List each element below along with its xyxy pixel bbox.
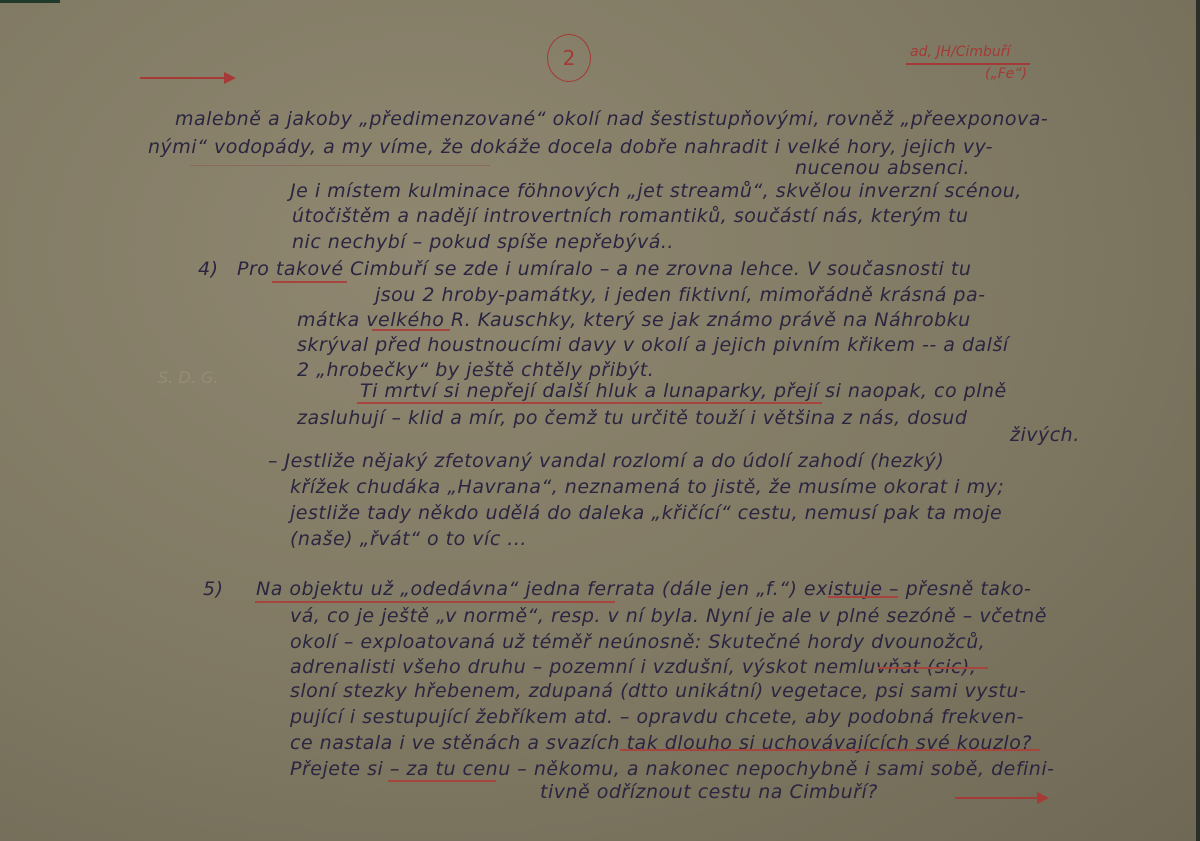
- page-edge-top: [0, 0, 60, 3]
- section-4-line: jsou 2 hroby-památky, i jeden fiktivní, …: [375, 284, 985, 306]
- summit-line: útočištěm a nadějí introvertních romanti…: [292, 205, 969, 227]
- underline-na-objektu: [255, 601, 615, 603]
- section-5-line: sloní stezky hřebenem, zdupaná (dtto uni…: [290, 680, 1026, 702]
- dash-line: – Jestliže nějaký zfetovaný vandal rozlo…: [268, 450, 944, 472]
- underline-ti-mrtvi: [357, 402, 822, 404]
- underline-velkeho: [372, 329, 450, 331]
- page-number-badge: 2: [547, 34, 591, 82]
- underline-nemluvnat: [878, 667, 988, 669]
- section-5-line: Na objektu už „odedávna“ jedna ferrata (…: [256, 578, 1031, 600]
- intro-underline: [190, 165, 490, 166]
- pencil-note: S. D. G.: [158, 368, 218, 387]
- intro-line: nými“ vodopády, a my víme, že dokáže doc…: [148, 136, 993, 158]
- reference-underline: [906, 63, 1030, 65]
- section-5-line: okolí – exploatovaná už téměř neúnosně: …: [290, 631, 985, 653]
- section-4-line: živých.: [1010, 424, 1080, 446]
- intro-line: nucenou absenci.: [795, 157, 970, 179]
- underline-za-tu-cenu: [388, 780, 496, 782]
- continuation-arrow-icon: [140, 77, 234, 79]
- section-5-line: pující i sestupující žebříkem atd. – opr…: [290, 706, 1024, 728]
- section-4-line: Pro takové Cimbuří se zde i umíralo – a …: [237, 258, 971, 280]
- dash-line: (naše) „řvát“ o to víc ...: [290, 528, 527, 550]
- section-5-line: tivně odříznout cestu na Cimbuří?: [540, 781, 878, 803]
- pencil-note-underline: [153, 392, 233, 393]
- underline-takove: [272, 281, 347, 283]
- section-5-line: adrenalisti všeho druhu – pozemní i vzdu…: [290, 656, 976, 678]
- handwritten-page: 2 ad, JH/Cimbuří („Fe“) malebně a jakoby…: [0, 0, 1200, 841]
- section-5-line: Přejete si – za tu cenu – někomu, a nako…: [290, 758, 1054, 780]
- dash-line: jestliže tady někdo udělá do daleka „kři…: [290, 502, 1002, 524]
- section-4-line: mátka velkého R. Kauschky, který se jak …: [297, 309, 971, 331]
- summit-line: Je i místem kulminace föhnových „jet str…: [290, 180, 1022, 202]
- section-4-line: skrýval před houstnoucími davy v okolí a…: [297, 334, 1009, 356]
- dash-line: křížek chudáka „Havrana“, neznamená to j…: [290, 476, 1004, 498]
- reference-sublabel: („Fe“): [985, 66, 1027, 82]
- section-5-line: vá, co je ještě „v normě“, resp. v ní by…: [290, 605, 1047, 627]
- section-4-line: zasluhují – klid a mír, po čemž tu určit…: [297, 407, 967, 429]
- section-4-line: 2 „hrobečky“ by ještě chtěly přibýt.: [297, 359, 654, 381]
- section-5-number: 5): [203, 578, 224, 600]
- reference-label: ad, JH/Cimbuří: [910, 44, 1010, 60]
- section-5-line: ce nastala i ve stěnách a svazích tak dl…: [290, 732, 1032, 754]
- section-4-line: Ti mrtví si nepřejí další hluk a lunapar…: [360, 380, 1007, 402]
- underline-existuje: [828, 596, 898, 598]
- section-4-number: 4): [198, 258, 219, 280]
- continuation-arrow-bottom-icon: [955, 797, 1047, 799]
- underline-tak-dlouho: [620, 749, 1040, 751]
- summit-line: nic nechybí – pokud spíše nepřebývá..: [292, 231, 674, 253]
- intro-line: malebně a jakoby „předimenzované“ okolí …: [175, 108, 1048, 130]
- page-edge-right: [1196, 0, 1200, 841]
